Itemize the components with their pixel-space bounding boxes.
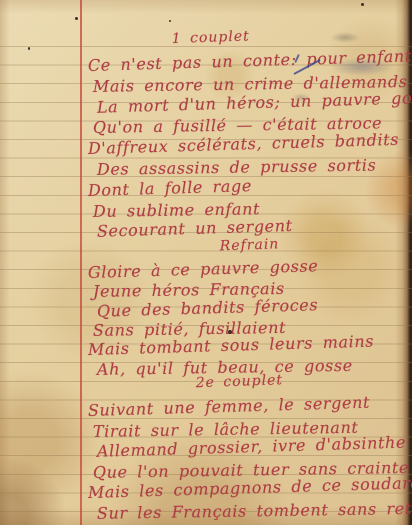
refrain: Gloire à ce pauvre gosseJeune héros Fran…: [88, 263, 410, 379]
ink-speck: [169, 20, 171, 22]
poem-line: Sur les Français tombent sans retard: [88, 499, 410, 525]
ink-speck: [196, 100, 198, 102]
pencil-smudge: [330, 32, 360, 43]
stanza-1: Ce n'est pas un conte: pour enfantsMais …: [88, 56, 410, 243]
notebook-page: 1 couplet Ce n'est pas un conte: pour en…: [0, 0, 412, 525]
margin-line: [80, 0, 82, 525]
pencil-smudge: [292, 93, 310, 102]
poem: 1 couplet Ce n'est pas un conte: pour en…: [88, 34, 410, 525]
stanza-2: Suivant une femme, le sergentTirait sur …: [88, 401, 410, 525]
ink-speck: [28, 47, 30, 50]
ink-speck: [361, 3, 364, 6]
ink-speck: [75, 17, 78, 20]
blue-ink-overwrite: [330, 58, 394, 76]
ink-speck: [228, 330, 232, 334]
